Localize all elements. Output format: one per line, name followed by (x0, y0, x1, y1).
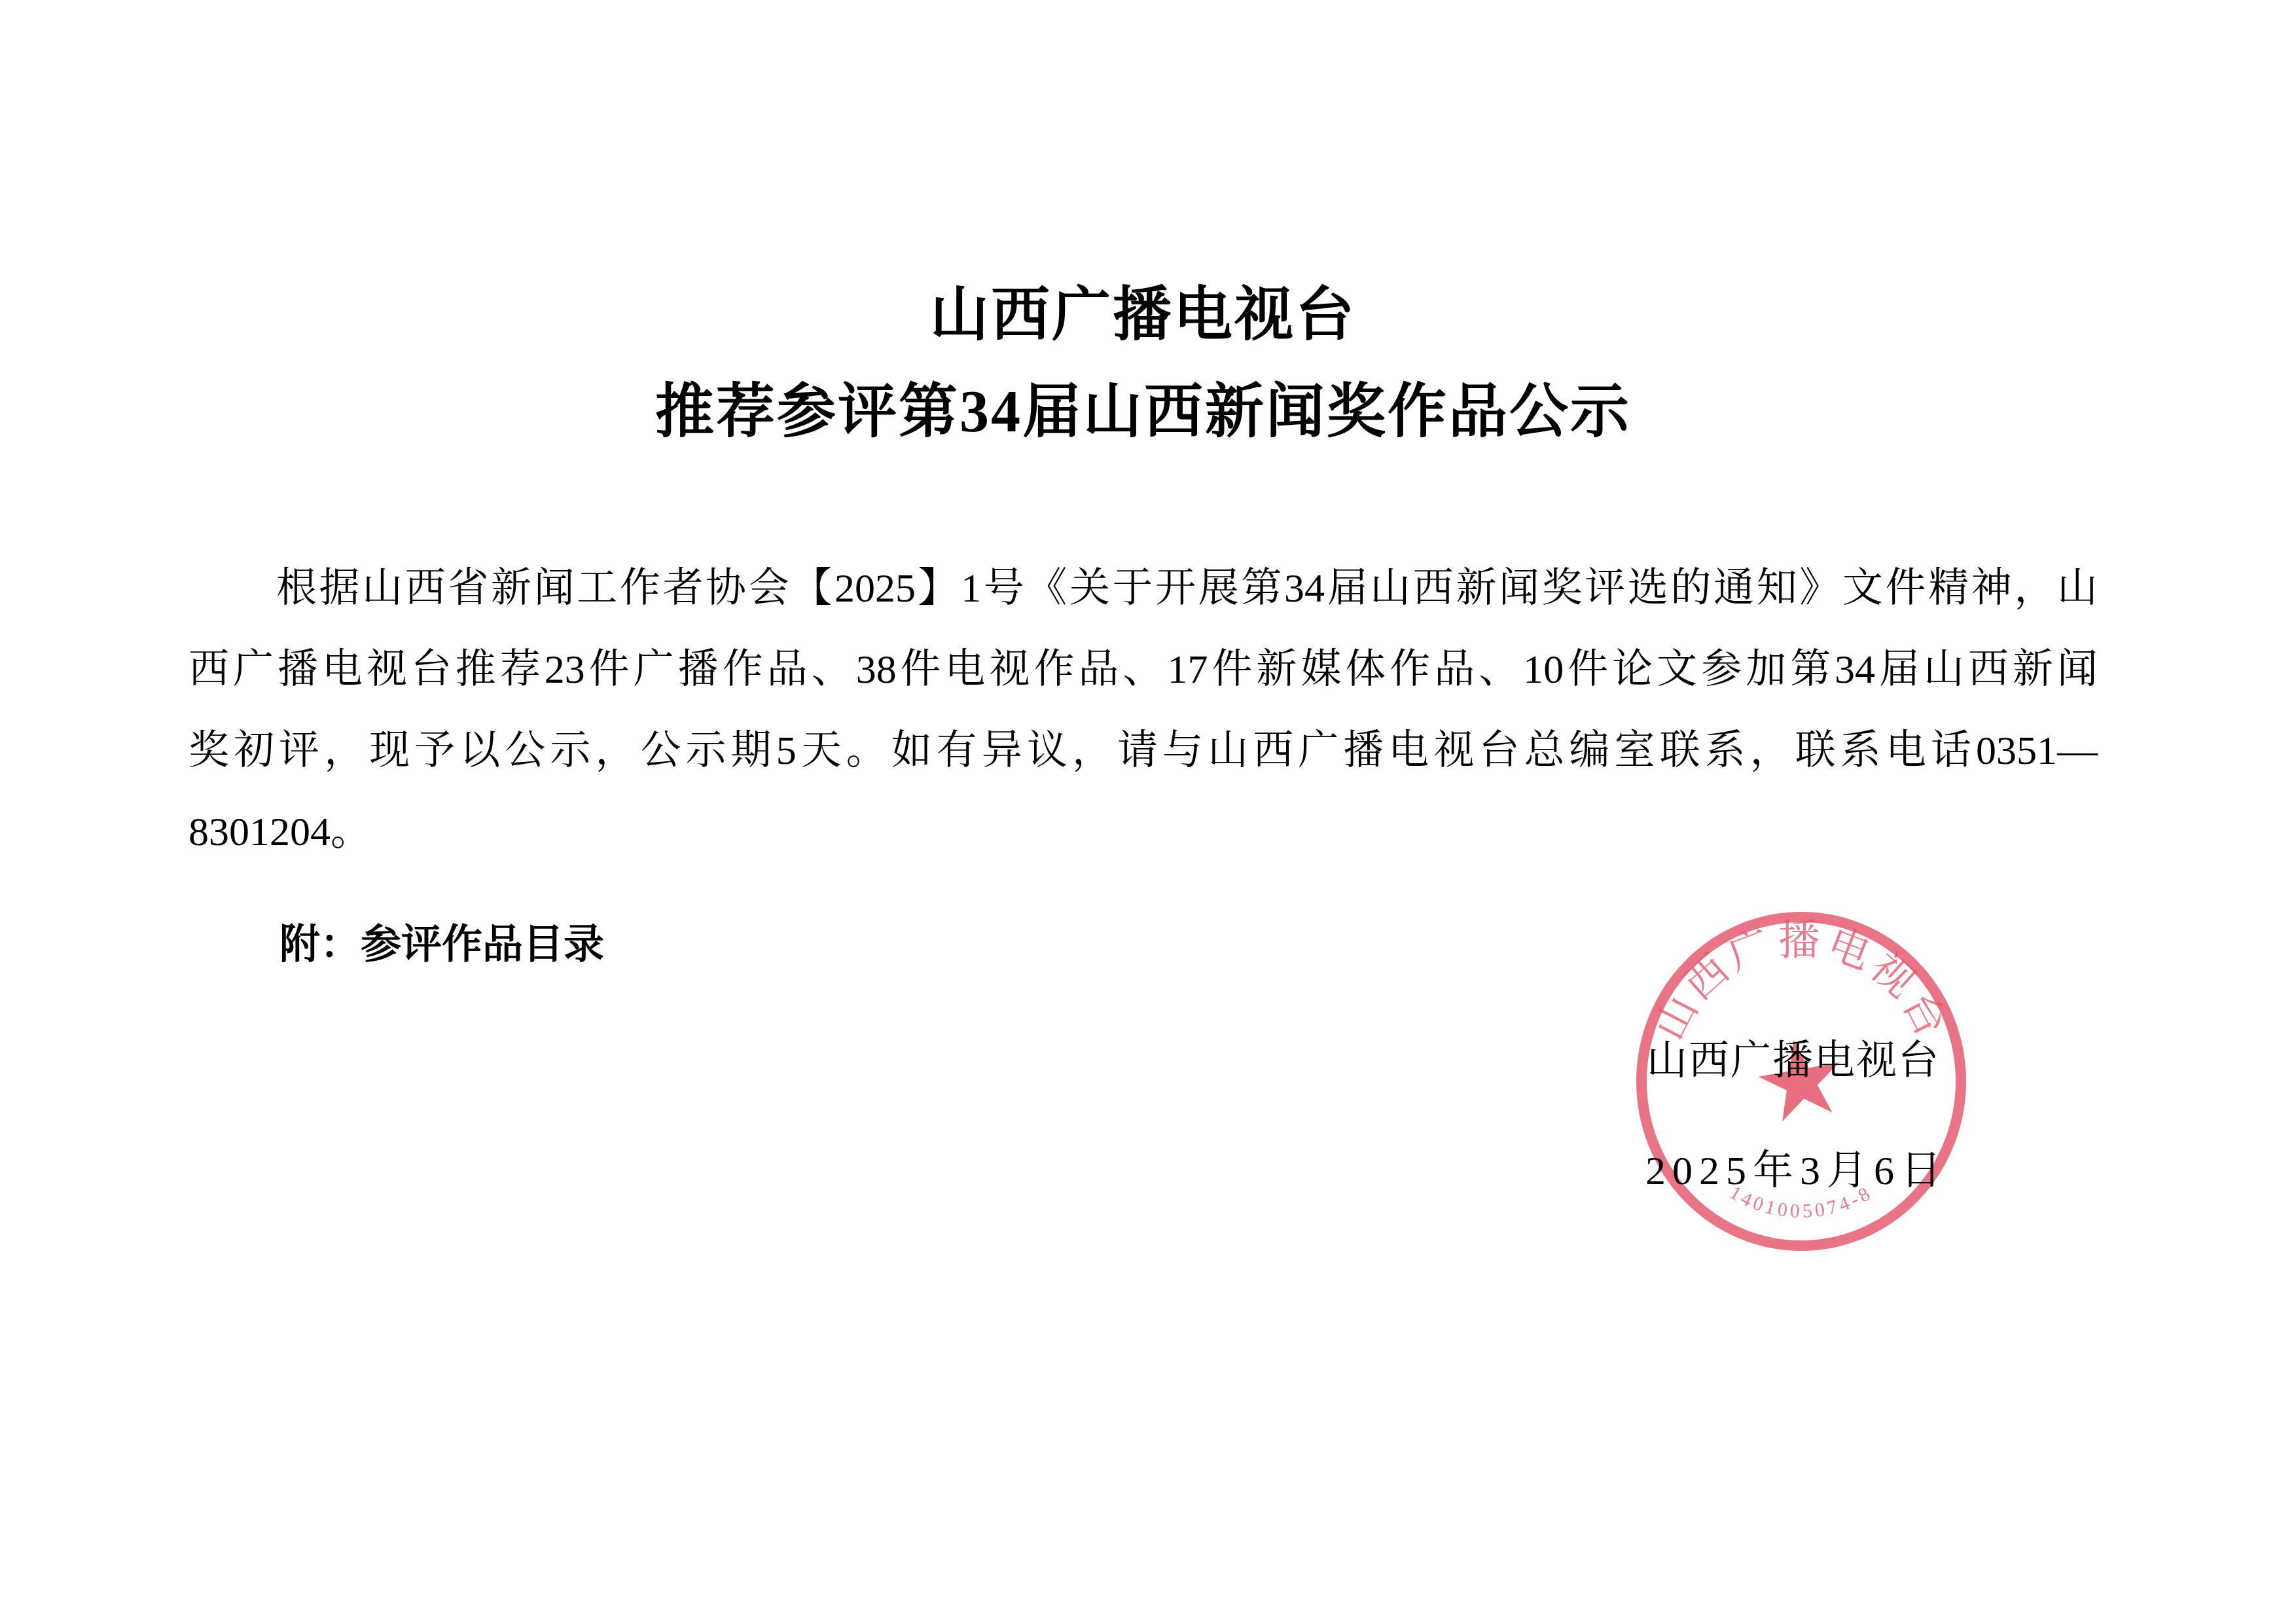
date-text: 2025年3月6日 (1645, 1151, 1946, 1191)
body-paragraph-line-3: 奖初评，现予以公示，公示期5天。如有异议，请与山西广播电视台总编室联系，联系电话… (188, 710, 2098, 791)
body-paragraph: 根据山西省新闻工作者协会【2025】1号《关于开展第34届山西新闻奖评选的通知》… (188, 548, 2098, 873)
document-title-line2: 推荐参评第34届山西新闻奖作品公示 (188, 378, 2098, 446)
body-paragraph-line-4: 8301204。 (188, 791, 2098, 873)
seal-arc-text-container: 山西广播电视台 (1646, 917, 1957, 1047)
body-paragraph-line-1: 根据山西省新闻工作者协会【2025】1号《关于开展第34届山西新闻奖评选的通知》… (188, 548, 2098, 629)
seal-arc-text: 山西广播电视台 (1646, 917, 1957, 1047)
document-page: 山西广播电视台 推荐参评第34届山西新闻奖作品公示 根据山西省新闻工作者协会【2… (0, 0, 2296, 1624)
document-title-line1: 山西广播电视台 (188, 281, 2098, 350)
body-paragraph-line-2: 西广播电视台推荐23件广播作品、38件电视作品、17件新媒体作品、10件论文参加… (188, 629, 2098, 710)
signature-text: 山西广播电视台 (1647, 1041, 1941, 1081)
